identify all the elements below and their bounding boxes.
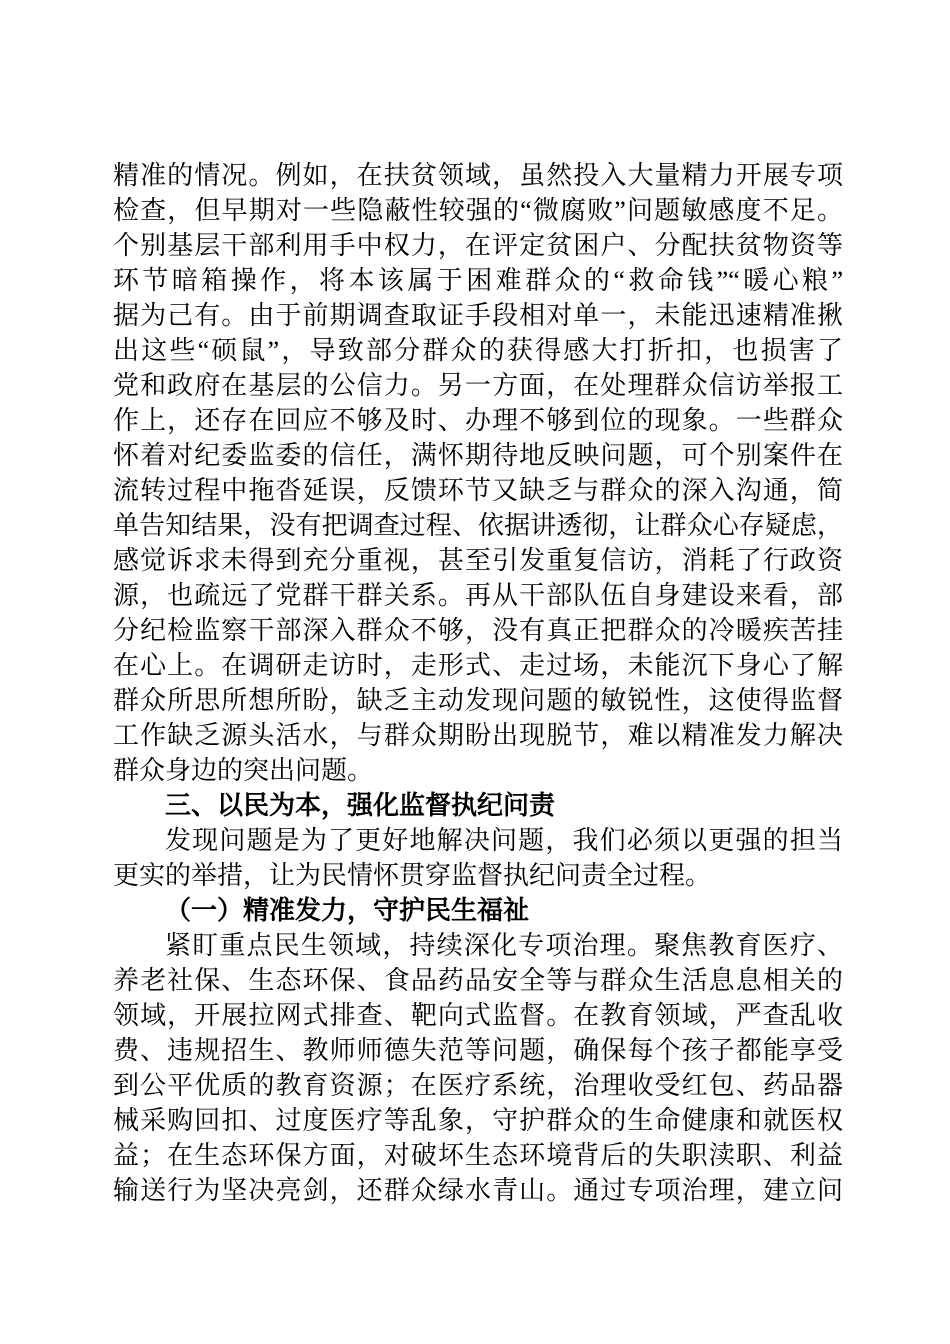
text-line: 流转过程中拖沓延误，反馈环节又缺乏与群众的深入沟通，简 bbox=[113, 473, 843, 508]
text-line: 输送行为坚决亮剑，还群众绿水青山。通过专项治理，建立问 bbox=[113, 1173, 843, 1208]
document-page: 精准的情况。例如，在扶贫领域，虽然投入大量精力开展专项 检查，但早期对一些隐蔽性… bbox=[0, 0, 950, 1344]
text-line: 群众身边的突出问题。 bbox=[113, 753, 843, 788]
text-line: 检查，但早期对一些隐蔽性较强的“微腐败”问题敏感度不足。 bbox=[113, 193, 843, 228]
text-line: 精准的情况。例如，在扶贫领域，虽然投入大量精力开展专项 bbox=[113, 158, 843, 193]
text-line: 怀着对纪委监委的信任，满怀期待地反映问题，可个别案件在 bbox=[113, 438, 843, 473]
text-line: 益；在生态环保方面，对破坏生态环境背后的失职渎职、利益 bbox=[113, 1138, 843, 1173]
text-line: 在心上。在调研走访时，走形式、走过场，未能沉下身心了解 bbox=[113, 648, 843, 683]
text-line: 更实的举措，让为民情怀贯穿监督执纪问责全过程。 bbox=[113, 858, 843, 893]
text-line: 单告知结果，没有把调查过程、依据讲透彻，让群众心存疑虑， bbox=[113, 508, 843, 543]
text-line: 作上，还存在回应不够及时、办理不够到位的现象。一些群众 bbox=[113, 403, 843, 438]
text-line: 个别基层干部利用手中权力，在评定贫困户、分配扶贫物资等 bbox=[113, 228, 843, 263]
text-line: 工作缺乏源头活水，与群众期盼出现脱节，难以精准发力解决 bbox=[113, 718, 843, 753]
text-line: 费、违规招生、教师师德失范等问题，确保每个孩子都能享受 bbox=[113, 1033, 843, 1068]
text-line: 械采购回扣、过度医疗等乱象，守护群众的生命健康和就医权 bbox=[113, 1103, 843, 1138]
text-line: 出这些“硕鼠”，导致部分群众的获得感大打折扣，也损害了 bbox=[113, 333, 843, 368]
text-line: 据为己有。由于前期调查取证手段相对单一，未能迅速精准揪 bbox=[113, 298, 843, 333]
text-line: 发现问题是为了更好地解决问题，我们必须以更强的担当 bbox=[113, 823, 843, 858]
document-text-block: 精准的情况。例如，在扶贫领域，虽然投入大量精力开展专项 检查，但早期对一些隐蔽性… bbox=[113, 158, 843, 1208]
text-line: 源，也疏远了党群干群关系。再从干部队伍自身建设来看，部 bbox=[113, 578, 843, 613]
text-line: 养老社保、生态环保、食品药品安全等与群众生活息息相关的 bbox=[113, 963, 843, 998]
subsection-heading: （一）精准发力，守护民生福祉 bbox=[113, 893, 843, 928]
text-line: 到公平优质的教育资源；在医疗系统，治理收受红包、药品器 bbox=[113, 1068, 843, 1103]
text-line: 环节暗箱操作，将本该属于困难群众的“救命钱”“暖心粮” bbox=[113, 263, 843, 298]
text-line: 分纪检监察干部深入群众不够，没有真正把群众的冷暖疾苦挂 bbox=[113, 613, 843, 648]
text-line: 党和政府在基层的公信力。另一方面，在处理群众信访举报工 bbox=[113, 368, 843, 403]
text-line: 群众所思所想所盼，缺乏主动发现问题的敏锐性，这使得监督 bbox=[113, 683, 843, 718]
text-line: 感觉诉求未得到充分重视，甚至引发重复信访，消耗了行政资 bbox=[113, 543, 843, 578]
text-line: 紧盯重点民生领域，持续深化专项治理。聚焦教育医疗、 bbox=[113, 928, 843, 963]
section-heading: 三、以民为本，强化监督执纪问责 bbox=[113, 788, 843, 823]
text-line: 领域，开展拉网式排查、靶向式监督。在教育领域，严查乱收 bbox=[113, 998, 843, 1033]
